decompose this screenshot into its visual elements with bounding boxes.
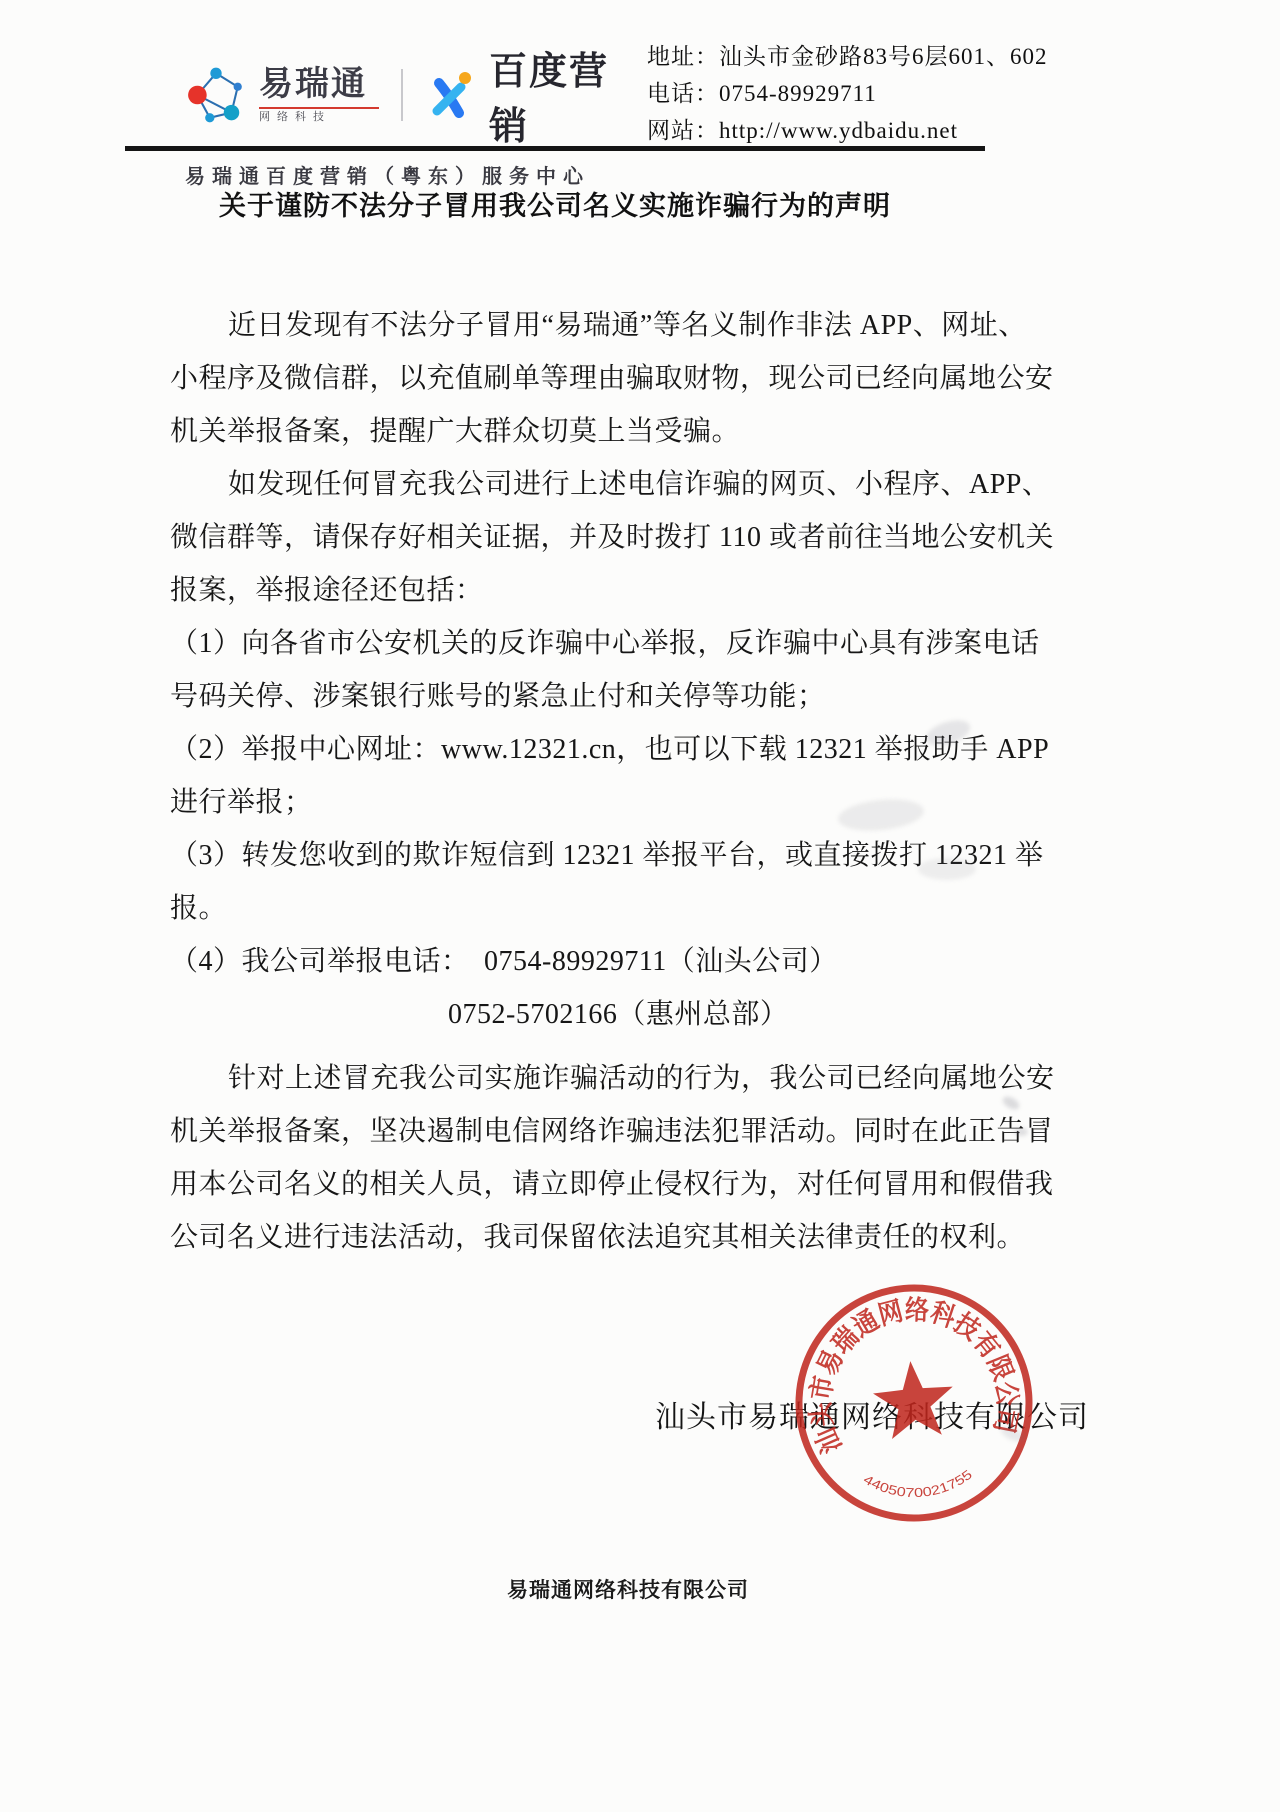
body-line-item4-phone: （4）我公司举报电话： 0754-89929711（汕头公司） — [170, 935, 938, 988]
scanned-statement-page: 易瑞通 网络科技 百度营销 易瑞通百度营销（粤东）服务中心 地址：汕头市金砂路8… — [0, 0, 1280, 1812]
logo-block: 易瑞通 网络科技 百度营销 易瑞通百度营销（粤东）服务中心 — [185, 40, 645, 189]
baidu-marketing-icon — [425, 69, 477, 121]
logo-row: 易瑞通 网络科技 百度营销 — [185, 40, 645, 150]
body-line-item2: （2）举报中心网址：www.12321.cn，也可以下载 12321 举报助手 … — [170, 723, 938, 776]
contact-phone: 电话：0754-89929711 — [647, 75, 1007, 112]
scan-smudge — [918, 858, 976, 880]
body-line: 机关举报备案，坚决遏制电信网络诈骗违法犯罪活动。同时在此正告冒 — [170, 1105, 938, 1158]
contact-website: 网站：http://www.ydbaidu.net — [647, 112, 1007, 149]
contact-address: 地址：汕头市金砂路83号6层601、602 — [647, 38, 1007, 75]
body-line: 微信群等，请保存好相关证据，并及时拨打 110 或者前往当地公安机关 — [170, 511, 938, 564]
body-line: 小程序及微信群，以充值刷单等理由骗取财物，现公司已经向属地公安 — [170, 352, 938, 405]
scan-smudge — [1014, 1128, 1028, 1136]
partner-name: 百度营销 — [489, 40, 645, 150]
body-line: 进行举报； — [170, 776, 938, 829]
logo-separator — [401, 69, 403, 121]
body-line-phone-hq: 0752-5702166（惠州总部） — [170, 988, 938, 1041]
svg-text:4405070021755: 4405070021755 — [860, 1462, 976, 1505]
letterhead: 易瑞通 网络科技 百度营销 易瑞通百度营销（粤东）服务中心 地址：汕头市金砂路8… — [125, 30, 1005, 140]
body-line-item1: （1）向各省市公安机关的反诈骗中心举报，反诈骗中心具有涉案电话 — [170, 617, 938, 670]
brand-text-wrap: 易瑞通 网络科技 — [259, 67, 379, 123]
body-line: 公司名义进行违法活动，我司保留依法追究其相关法律责任的权利。 — [170, 1211, 938, 1264]
signature-company-name: 汕头市易瑞通网络科技有限公司 — [655, 1392, 1089, 1436]
body-line: 针对上述冒充我公司实施诈骗活动的行为，我公司已经向属地公安 — [170, 1052, 938, 1105]
body-line: 用本公司名义的相关人员，请立即停止侵权行为，对任何冒用和假借我 — [170, 1158, 938, 1211]
body-line: 报案，举报途径还包括： — [170, 564, 938, 617]
brand-subtext: 网络科技 — [259, 107, 379, 123]
contact-info: 地址：汕头市金砂路83号6层601、602 电话：0754-89929711 网… — [647, 38, 1007, 149]
brand-name: 易瑞通 — [259, 67, 379, 101]
scan-smudge — [1001, 1094, 1022, 1112]
header-divider-rule — [125, 146, 985, 151]
yiruitong-molecule-icon — [185, 64, 247, 126]
body-line: 报。 — [170, 882, 938, 935]
body-line: 如发现任何冒充我公司进行上述电信诈骗的网页、小程序、APP、 — [170, 458, 938, 511]
body-line: 机关举报备案，提醒广大群众切莫上当受骗。 — [170, 405, 938, 458]
document-body: 近日发现有不法分子冒用“易瑞通”等名义制作非法 APP、网址、 小程序及微信群，… — [170, 299, 938, 1264]
body-line: 近日发现有不法分子冒用“易瑞通”等名义制作非法 APP、网址、 — [170, 299, 938, 352]
footer-company-name: 易瑞通网络科技有限公司 — [448, 1574, 808, 1604]
body-line: 号码关停、涉案银行账号的紧急止付和关停等功能； — [170, 670, 938, 723]
document-title: 关于谨防不法分子冒用我公司名义实施诈骗行为的声明 — [125, 184, 985, 223]
body-line-item3: （3）转发您收到的欺诈短信到 12321 举报平台，或直接拨打 12321 举 — [170, 829, 938, 882]
